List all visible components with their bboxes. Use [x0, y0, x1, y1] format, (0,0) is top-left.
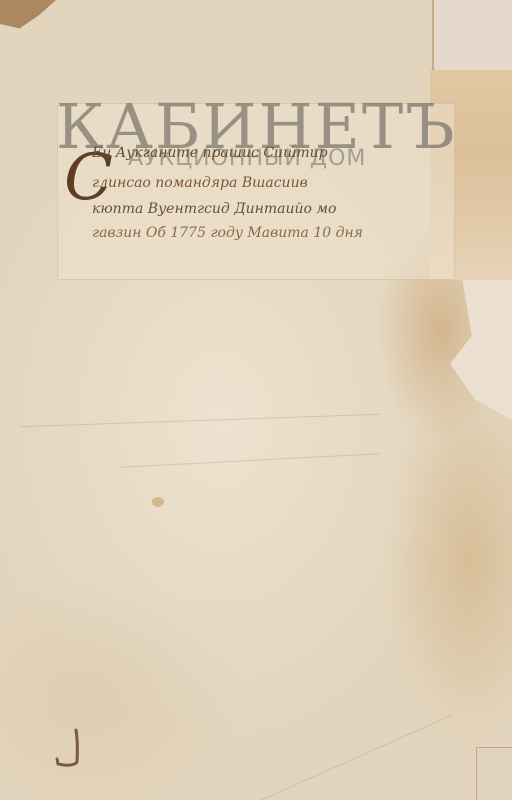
handwritten-line-1: Еи Аукганите прашис Сиштир	[92, 146, 452, 160]
handwritten-line-3: кюпта Вуентгсид Динтаийо мо	[92, 202, 452, 216]
handwritten-line-4: гавзин Об 1775 году Мавита 10 дня	[92, 226, 452, 240]
paper-patch-top-right	[432, 0, 512, 71]
paper-patch-bottom-right	[476, 747, 512, 800]
foxing-spot	[152, 497, 164, 507]
ink-mark-icon	[54, 728, 86, 770]
handwritten-line-2: глинсао помандяра Вшасиив	[92, 176, 452, 190]
